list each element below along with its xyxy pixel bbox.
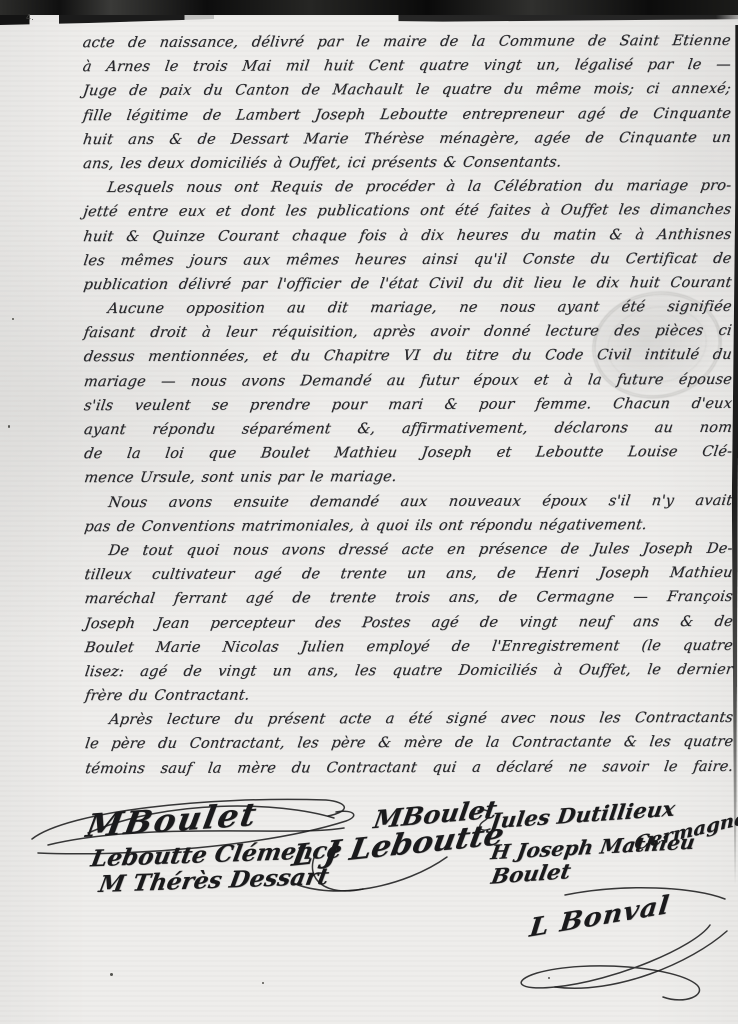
dust-speck <box>110 973 113 976</box>
manuscript-line: mence Ursule, sont unis par le mariage. <box>83 464 734 490</box>
scanned-document-page: { "document_kind": "handwritten civil ma… <box>0 0 738 1024</box>
manuscript-line: Juge de paix du Canton de Machault le qu… <box>81 77 732 103</box>
manuscript-line: fille légitime de Lambert Joseph Leboutt… <box>81 101 732 127</box>
manuscript-line: les mêmes jours aux mêmes heures ainsi q… <box>82 247 733 273</box>
manuscript-line: Lesquels nous ont Requis de procéder à l… <box>82 174 733 200</box>
dust-speck <box>12 318 14 320</box>
manuscript-line: maréchal ferrant agé de trente trois ans… <box>83 585 734 611</box>
manuscript-line: tilleux cultivateur agé de trente un ans… <box>83 561 734 587</box>
dust-speck <box>262 982 264 984</box>
manuscript-line: faisant droit à leur réquisition, après … <box>82 319 733 345</box>
manuscript-line: huit & Quinze Courant chaque fois à dix … <box>82 222 733 248</box>
manuscript-text-block: acte de naissance, délivré par le maire … <box>83 29 734 781</box>
dust-speck <box>8 425 10 428</box>
signature-jules-dutillieux: Jules Dutillieux <box>489 796 677 834</box>
manuscript-line: publication délivré par l'officier de l'… <box>82 271 733 297</box>
scan-edge-top-secondary <box>0 15 738 25</box>
manuscript-line: lisez: agé de vingt un ans, les quatre D… <box>83 658 734 684</box>
dust-speck <box>548 977 550 979</box>
manuscript-line: Boulet Marie Nicolas Julien employé de l… <box>83 634 734 660</box>
manuscript-line: acte de naissance, délivré par le maire … <box>81 29 732 55</box>
manuscript-line: à Arnes le trois Mai mil huit Cent quatr… <box>81 53 732 79</box>
manuscript-line: le père du Contractant, les père & mère … <box>84 730 735 756</box>
manuscript-line: De tout quoi nous avons dressé acte en p… <box>83 537 734 563</box>
manuscript-line: Aucune opposition au dit mariage, ne nou… <box>82 295 733 321</box>
manuscript-line: témoins sauf la mère du Contractant qui … <box>84 754 735 780</box>
corner-page-mark: 4. <box>26 13 34 22</box>
manuscript-line: huit ans & de Dessart Marie Thérèse ména… <box>81 126 732 152</box>
signature-officer-bonval: L Bonval <box>528 890 671 943</box>
scan-edge-top <box>0 0 738 15</box>
manuscript-line: Joseph Jean percepteur des Postes agé de… <box>83 609 734 635</box>
manuscript-line: mariage — nous avons Demandé au futur ép… <box>82 367 733 393</box>
manuscript-line: pas de Conventions matrimoniales, à quoi… <box>83 513 734 539</box>
signature-boulet-witness: Boulet <box>489 858 573 888</box>
signature-groom-boulet: MBoulet <box>83 795 261 845</box>
manuscript-line: ayant répondu séparément &, affirmativem… <box>82 416 733 442</box>
manuscript-line: ans, les deux domiciliés à Ouffet, ici p… <box>82 150 733 176</box>
manuscript-line: s'ils veulent se prendre pour mari & pou… <box>82 392 733 418</box>
manuscript-line: Nous avons ensuite demandé aux nouveaux … <box>83 488 734 514</box>
manuscript-line: dessus mentionnées, et du Chapitre VI du… <box>82 343 733 369</box>
manuscript-line: jetté entre eux et dont les publications… <box>82 198 733 224</box>
manuscript-line: frère du Contractant. <box>83 682 734 708</box>
manuscript-line: de la loi que Boulet Mathieu Joseph et L… <box>83 440 734 466</box>
manuscript-line: Après lecture du présent acte a été sign… <box>83 706 734 732</box>
